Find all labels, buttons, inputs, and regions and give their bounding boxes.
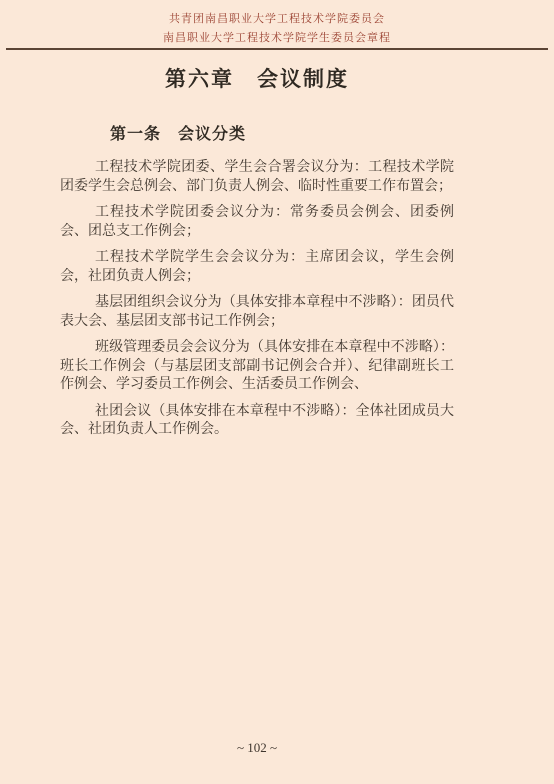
body-paragraph: 工程技术学院团委、学生会合署会议分为：工程技术学院团委学生会总例会、部门负责人例… <box>60 159 454 196</box>
page-number: ~ 102 ~ <box>237 740 277 755</box>
chapter-title: 第六章 会议制度 <box>60 67 454 91</box>
document-page: 共青团南昌职业大学工程技术学院委员会 南昌职业大学工程技术学院学生委员会章程 第… <box>0 0 554 784</box>
page-content: 第六章 会议制度 第一条 会议分类 工程技术学院团委、学生会合署会议分为：工程技… <box>60 67 454 440</box>
body-paragraph: 基层团组织会议分为（具体安排本章程中不涉略）：团员代表大会、基层团支部书记工作例… <box>60 294 454 331</box>
page-footer: ~ 102 ~ <box>60 740 454 756</box>
body-text: 工程技术学院团委、学生会合署会议分为：工程技术学院团委学生会总例会、部门负责人例… <box>60 159 454 440</box>
page-header: 共青团南昌职业大学工程技术学院委员会 南昌职业大学工程技术学院学生委员会章程 <box>0 0 554 50</box>
header-organization-line: 共青团南昌职业大学工程技术学院委员会 <box>0 13 554 25</box>
body-paragraph: 班级管理委员会会议分为（具体安排在本章程中不涉略）：班长工作例会（与基层团支部副… <box>60 339 454 395</box>
section-heading: 第一条 会议分类 <box>110 125 454 145</box>
body-paragraph: 工程技术学院学生会会议分为：主席团会议，学生会例会，社团负责人例会； <box>60 249 454 286</box>
body-paragraph: 社团会议（具体安排在本章程中不涉略）：全体社团成员大会、社团负责人工作例会。 <box>60 403 454 440</box>
header-charter-line: 南昌职业大学工程技术学院学生委员会章程 <box>0 32 554 44</box>
header-divider <box>6 48 548 50</box>
body-paragraph: 工程技术学院团委会议分为：常务委员会例会、团委例会、团总支工作例会； <box>60 204 454 241</box>
